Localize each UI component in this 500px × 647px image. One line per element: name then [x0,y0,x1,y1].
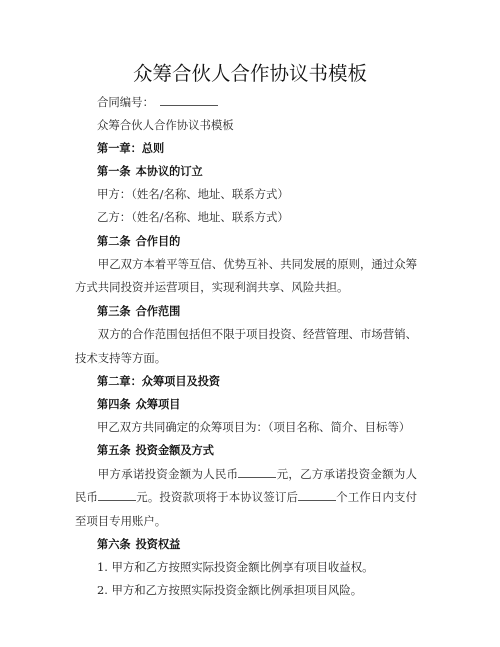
article-5-text-1: 甲方承诺投资金额为人民币 [98,467,239,481]
article-4-number: 第四条 [97,398,131,411]
article-1-heading: 第一条本协议的订立 [75,160,417,183]
article-1-number: 第一条 [97,165,131,178]
document-title: 众筹合伙人合作协议书模板 [0,60,500,88]
article-1-title: 本协议的订立 [136,165,203,178]
article-2-heading: 第二条合作目的 [75,230,417,253]
party-a-amount-blank [238,466,276,478]
article-3-heading: 第三条合作范围 [75,300,417,323]
document-subtitle: 众筹合伙人合作协议书模板 [75,114,417,137]
article-6-item-1: 1. 甲方和乙方按照实际投资金额比例享有项目收益权。 [75,556,417,579]
article-4-title: 众筹项目 [136,398,181,411]
party-a-line: 甲方：（姓名/名称、地址、联系方式） [75,183,417,206]
payment-days-blank [298,489,336,501]
article-5-title: 投资金额及方式 [136,444,214,457]
article-6-title: 投资权益 [136,538,181,551]
article-3-title: 合作范围 [136,305,181,318]
article-5-text: 甲方承诺投资金额为人民币元，乙方承诺投资金额为人民币元。投资款项将于本协议签订后… [75,463,417,534]
article-4-text: 甲乙双方共同确定的众筹项目为：（项目名称、简介、目标等） [75,416,417,439]
article-6-heading: 第六条投资权益 [75,533,417,556]
chapter-1-heading: 第一章：总则 [75,137,417,160]
article-2-title: 合作目的 [136,235,181,248]
party-b-amount-blank [98,489,136,501]
article-2-number: 第二条 [97,235,131,248]
article-4-heading: 第四条众筹项目 [75,393,417,416]
article-6-item-2: 2. 甲方和乙方按照实际投资金额比例承担项目风险。 [75,579,417,602]
chapter-2-heading: 第二章：众筹项目及投资 [75,370,417,393]
document-page: 众筹合伙人合作协议书模板 合同编号： 众筹合伙人合作协议书模板 第一章：总则 第… [0,0,500,647]
party-b-line: 乙方：（姓名/名称、地址、联系方式） [75,206,417,229]
article-3-number: 第三条 [97,305,131,318]
article-2-text: 甲乙双方本着平等互信、优势互补、共同发展的原则，通过众筹方式共同投资并运营项目，… [75,253,417,300]
article-3-text: 双方的合作范围包括但不限于项目投资、经营管理、市场营销、技术支持等方面。 [75,323,417,370]
contract-number-label: 合同编号： [97,95,154,109]
article-6-number: 第六条 [97,538,131,551]
article-5-heading: 第五条投资金额及方式 [75,439,417,462]
contract-number-blank [160,94,218,106]
document-body: 合同编号： 众筹合伙人合作协议书模板 第一章：总则 第一条本协议的订立 甲方：（… [75,91,417,603]
contract-number-line: 合同编号： [75,91,417,114]
article-5-text-3: 元。投资款项将于本协议签订后 [136,490,298,504]
article-5-number: 第五条 [97,444,131,457]
